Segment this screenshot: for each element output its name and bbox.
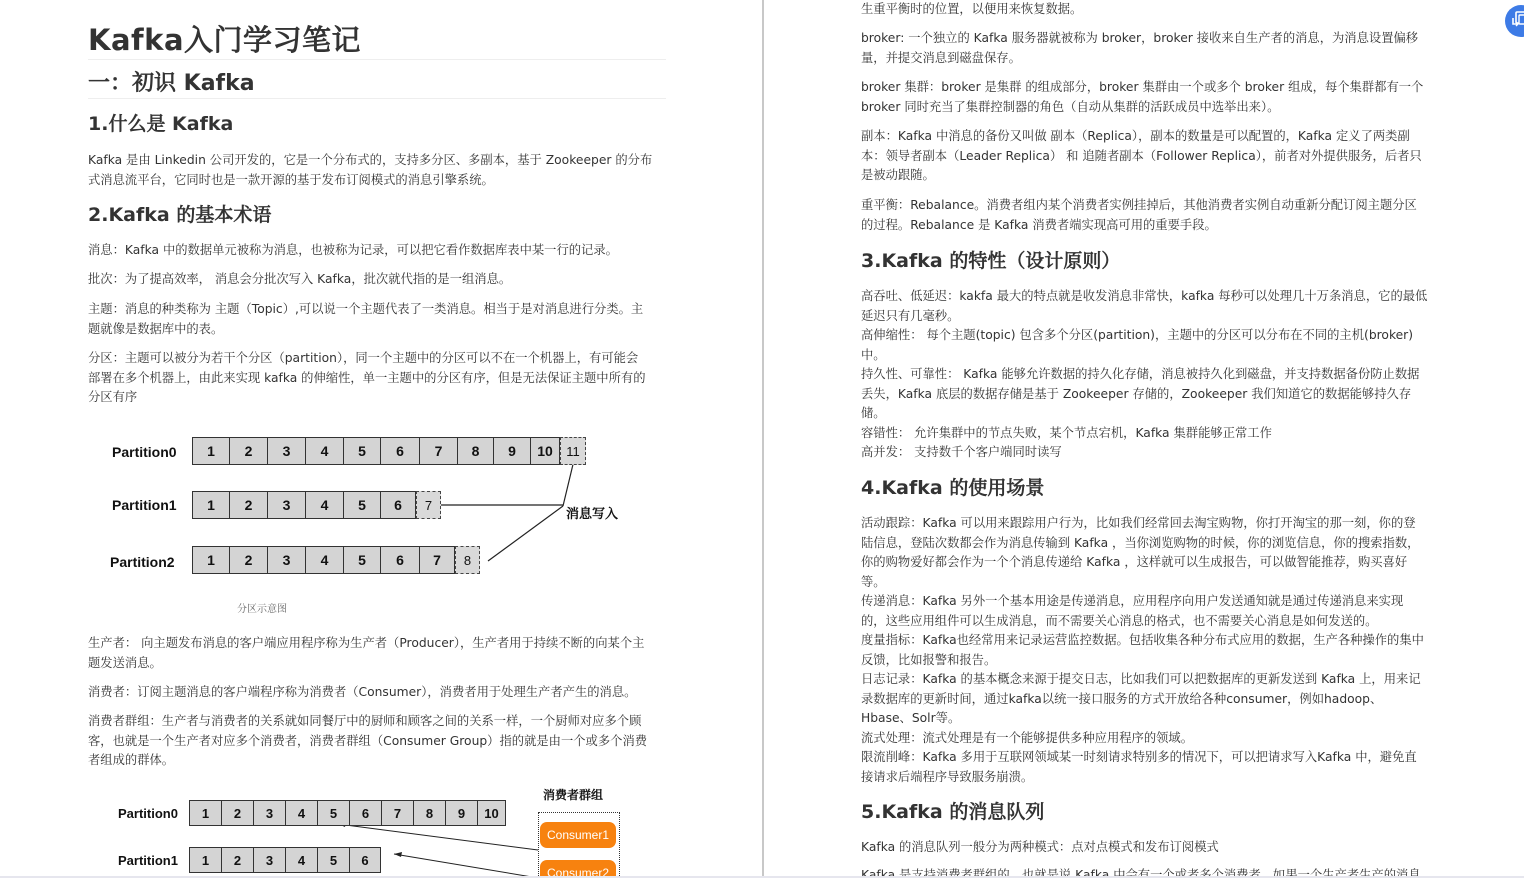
cg-partition0-cells: 1 2 3 4 5 6 7 8 9 10 bbox=[189, 800, 506, 826]
text-line: 流式处理：流式处理是有一个能够提供多种应用程序的领域。 bbox=[861, 729, 1446, 749]
paragraph-term-partition: 分区：主题可以被分为若干个分区（partition），同一个主题中的分区可以不在… bbox=[88, 349, 666, 408]
text-line: 消息：Kafka 中的数据单元被称为消息，也被称为记录，可以把它看作数据库表中某… bbox=[88, 241, 666, 261]
paragraph-usage: 活动跟踪：Kafka 可以用来跟踪用户行为，比如我们经常回去淘宝购物，你打开淘宝… bbox=[861, 514, 1446, 787]
heading-message-queue: 5.Kafka 的消息队列 bbox=[861, 800, 1044, 824]
text-line: 量，并提交消息到磁盘保存。 bbox=[861, 49, 1446, 69]
heading-what-is-kafka: 1.什么是 Kafka bbox=[88, 112, 233, 136]
document-title: Kafka入门学习笔记 bbox=[88, 20, 666, 60]
text-line: broker 集群：broker 是集群 的组成部分，broker 集群由一个或… bbox=[861, 78, 1446, 98]
consumer-group-diagram: 消费者群组 Partition0 1 2 3 4 5 6 7 8 9 10 Pa… bbox=[88, 780, 668, 878]
text-line: Kafka 的消息队列一般分为两种模式：点对点模式和发布订阅模式 bbox=[861, 838, 1446, 858]
document-page-left: Kafka入门学习笔记 一：初识 Kafka 1.什么是 Kafka Kafka… bbox=[0, 0, 762, 878]
partition-cell: 3 bbox=[253, 800, 285, 826]
partition-cell: 4 bbox=[305, 546, 343, 574]
diagram-caption: 分区示意图 bbox=[237, 600, 287, 615]
paragraph-term-message: 消息：Kafka 中的数据单元被称为消息，也被称为记录，可以把它看作数据库表中某… bbox=[88, 241, 666, 261]
partition1-cells: 1 2 3 4 5 6 7 bbox=[192, 491, 441, 519]
partition-cell: 4 bbox=[305, 437, 343, 465]
text-line: 主题：消息的种类称为 主题（Topic）,可以说一个主题代表了一类消息。相当于是… bbox=[88, 300, 666, 320]
partition-cell: 6 bbox=[349, 800, 381, 826]
text-line: Hbase、Solr等。 bbox=[861, 709, 1446, 729]
text-line: 部署在多个机器上，由此来实现 kafka 的伸缩性，单一主题中的分区有序，但是无… bbox=[88, 369, 666, 389]
text-line: 生产者： 向主题发布消息的客户端应用程序称为生产者（Producer），生产者用… bbox=[88, 634, 666, 654]
partition-cell: 6 bbox=[380, 546, 419, 574]
partition-cell: 5 bbox=[343, 437, 380, 465]
partition-cell: 9 bbox=[445, 800, 477, 826]
text-line: broker: 一个独立的 Kafka 服务器就被称为 broker，broke… bbox=[861, 29, 1446, 49]
partition-cell: 2 bbox=[229, 546, 267, 574]
paragraph-queue-modes: Kafka 的消息队列一般分为两种模式：点对点模式和发布订阅模式 bbox=[861, 838, 1446, 858]
text-line: 式消息流平台，它同时也是一款开源的基于发布订阅模式的消息引擎系统。 bbox=[88, 171, 666, 191]
paragraph-term-consumer-group: 消费者群组：生产者与消费者的关系就如同餐厅中的厨师和顾客之间的关系一样，一个厨师… bbox=[88, 712, 666, 771]
partition-cell-pending: 11 bbox=[560, 437, 586, 465]
partition-cell: 1 bbox=[189, 847, 221, 873]
text-line: 者组成的群体。 bbox=[88, 751, 666, 771]
text-line: 题就像是数据库中的表。 bbox=[88, 320, 666, 340]
partition-cell: 7 bbox=[419, 437, 457, 465]
partition-cell: 2 bbox=[229, 437, 267, 465]
text-line: 高伸缩性： 每个主题(topic) 包含多个分区(partition)，主题中的… bbox=[861, 326, 1446, 346]
text-line: 你的购物爱好都会作为一个个消息传递给 Kafka ，这样就可以生成报告，可以做智… bbox=[861, 553, 1446, 573]
paragraph-term-producer: 生产者： 向主题发布消息的客户端应用程序称为生产者（Producer），生产者用… bbox=[88, 634, 666, 673]
partition1-label: Partition1 bbox=[112, 497, 177, 513]
partition-cell: 6 bbox=[380, 491, 416, 519]
partition-cell: 5 bbox=[343, 546, 380, 574]
text-line: 消费者：订阅主题消息的客户端程序称为消费者（Consumer），消费者用于处理生… bbox=[88, 683, 666, 703]
text-line: 重平衡：Rebalance。消费者组内某个消费者实例挂掉后，其他消费者实例自动重… bbox=[861, 196, 1446, 216]
text-line: 高并发： 支持数千个客户端同时读写 bbox=[861, 443, 1446, 463]
text-line: 的，这些应用组件可以生成消息，而不需要关心消息的格式，也不需要关心消息是如何发送… bbox=[861, 612, 1446, 632]
text-line: 副本：Kafka 中消息的备份又叫做 副本（Replica），副本的数量是可以配… bbox=[861, 127, 1446, 147]
heading-features: 3.Kafka 的特性（设计原则） bbox=[861, 249, 1120, 273]
paragraph-features: 高吞吐、低延迟：kakfa 最大的特点就是收发消息非常快，kafka 每秒可以处… bbox=[861, 287, 1446, 463]
partition-cell: 2 bbox=[221, 800, 253, 826]
partition-cell: 3 bbox=[267, 437, 305, 465]
partition-cell: 5 bbox=[343, 491, 380, 519]
partition-cell: 1 bbox=[189, 800, 221, 826]
partition-cell: 10 bbox=[530, 437, 560, 465]
paragraph-continued-fragment: 生重平衡时的位置，以便用来恢复数据。 bbox=[861, 0, 1446, 20]
partition0-cells: 1 2 3 4 5 6 7 8 9 10 11 bbox=[192, 437, 586, 465]
text-line: 延迟只有几毫秒。 bbox=[861, 307, 1446, 327]
partition-cell: 9 bbox=[493, 437, 530, 465]
partition-cell: 1 bbox=[192, 437, 229, 465]
paragraph-term-rebalance: 重平衡：Rebalance。消费者组内某个消费者实例挂掉后，其他消费者实例自动重… bbox=[861, 196, 1446, 235]
message-write-label: 消息写入 bbox=[566, 503, 618, 522]
text-line: 度量指标：Kafka也经常用来记录运营监控数据。包括收集各种分布式应用的数据，生… bbox=[861, 631, 1446, 651]
partition-diagram: Partition0 1 2 3 4 5 6 7 8 9 10 11 Parti… bbox=[88, 420, 668, 620]
text-line: 容错性： 允许集群中的节点失败，某个节点宕机，Kafka 集群能够正常工作 bbox=[861, 424, 1446, 444]
heading-usage: 4.Kafka 的使用场景 bbox=[861, 476, 1044, 500]
text-line: Kafka 是由 Linkedin 公司开发的，它是一个分布式的，支持多分区、多… bbox=[88, 151, 666, 171]
text-line: 传递消息：Kafka 另外一个基本用途是传递消息，应用程序向用户发送通知就是通过… bbox=[861, 592, 1446, 612]
partition-cell: 6 bbox=[380, 437, 419, 465]
partition2-cells: 1 2 3 4 5 6 7 8 bbox=[192, 546, 480, 574]
text-line: 持久性、可靠性： Kafka 能够允许数据的持久化存储，消息被持久化到磁盘，并支… bbox=[861, 365, 1446, 385]
partition-cell: 3 bbox=[267, 546, 305, 574]
text-line: 等。 bbox=[861, 573, 1446, 593]
partition-cell: 4 bbox=[305, 491, 343, 519]
document-page-right: 生重平衡时的位置，以便用来恢复数据。 broker: 一个独立的 Kafka 服… bbox=[765, 0, 1524, 878]
partition-cell: 6 bbox=[349, 847, 381, 873]
text-line: broker 同时充当了集群控制器的角色（自动从集群的活跃成员中选举出来）。 bbox=[861, 98, 1446, 118]
partition-cell: 8 bbox=[457, 437, 493, 465]
partition-cell: 7 bbox=[381, 800, 413, 826]
text-line: 活动跟踪：Kafka 可以用来跟踪用户行为，比如我们经常回去淘宝购物，你打开淘宝… bbox=[861, 514, 1446, 534]
partition-cell: 10 bbox=[477, 800, 506, 826]
text-line: 题发送消息。 bbox=[88, 654, 666, 674]
text-line: 是被动跟随。 bbox=[861, 166, 1446, 186]
partition-cell-pending: 8 bbox=[455, 546, 480, 574]
section-title: 一：初识 Kafka bbox=[88, 70, 666, 99]
text-line: 客，也就是一个生产者对应多个消费者，消费者群组（Consumer Group）指… bbox=[88, 732, 666, 752]
text-line: 的过程。Rebalance 是 Kafka 消费者端实现高可用的重要手段。 bbox=[861, 216, 1446, 236]
text-line: 限流削峰：Kafka 多用于互联网领域某一时刻请求特别多的情况下，可以把请求写入… bbox=[861, 748, 1446, 768]
partition0-label: Partition0 bbox=[112, 444, 177, 460]
cg-partition1-label: Partition1 bbox=[118, 853, 178, 868]
text-line: 中。 bbox=[861, 346, 1446, 366]
partition-cell: 5 bbox=[317, 800, 349, 826]
text-line: 丢失，Kafka 底层的数据存储是基于 Zookeeper 存储的，Zookee… bbox=[861, 385, 1446, 405]
consumer-group-label: 消费者群组 bbox=[543, 786, 603, 803]
text-line: 消费者群组：生产者与消费者的关系就如同餐厅中的厨师和顾客之间的关系一样，一个厨师… bbox=[88, 712, 666, 732]
text-line: 录数据库的更新时间，通过kafka以统一接口服务的方式开放给各种consumer… bbox=[861, 690, 1446, 710]
text-line: 反馈，比如报警和报告。 bbox=[861, 651, 1446, 671]
text-line: 生重平衡时的位置，以便用来恢复数据。 bbox=[861, 0, 1446, 20]
paragraph-what-is-kafka: Kafka 是由 Linkedin 公司开发的，它是一个分布式的，支持多分区、多… bbox=[88, 151, 666, 190]
translate-document-icon bbox=[1510, 9, 1524, 33]
partition-cell: 3 bbox=[267, 491, 305, 519]
text-line: 储。 bbox=[861, 404, 1446, 424]
cg-partition0-label: Partition0 bbox=[118, 806, 178, 821]
partition-cell: 2 bbox=[229, 491, 267, 519]
paragraph-term-batch: 批次：为了提高效率， 消息会分批次写入 Kafka，批次就代指的是一组消息。 bbox=[88, 270, 666, 290]
text-line: 分区：主题可以被分为若干个分区（partition），同一个主题中的分区可以不在… bbox=[88, 349, 666, 369]
text-line: 本：领导者副本（Leader Replica） 和 追随者副本（Follower… bbox=[861, 147, 1446, 167]
paragraph-term-broker: broker: 一个独立的 Kafka 服务器就被称为 broker，broke… bbox=[861, 29, 1446, 68]
partition-cell: 4 bbox=[285, 800, 317, 826]
text-line: 日志记录：Kafka 的基本概念来源于提交日志，比如我们可以把数据库的更新发送到… bbox=[861, 670, 1446, 690]
partition-cell: 4 bbox=[285, 847, 317, 873]
partition2-label: Partition2 bbox=[110, 554, 175, 570]
partition-cell: 1 bbox=[192, 491, 229, 519]
partition-cell: 3 bbox=[253, 847, 285, 873]
heading-basic-terms: 2.Kafka 的基本术语 bbox=[88, 203, 271, 227]
text-line: 陆信息，登陆次数都会作为消息传输到 Kafka ，当你浏览购物的时候，你的浏览信… bbox=[861, 534, 1446, 554]
partition-cell: 5 bbox=[317, 847, 349, 873]
partition-cell: 2 bbox=[221, 847, 253, 873]
partition-cell: 1 bbox=[192, 546, 229, 574]
partition-cell: 8 bbox=[413, 800, 445, 826]
paragraph-term-broker-cluster: broker 集群：broker 是集群 的组成部分，broker 集群由一个或… bbox=[861, 78, 1446, 117]
partition-cell: 7 bbox=[419, 546, 455, 574]
page-divider bbox=[762, 0, 764, 876]
text-line: 批次：为了提高效率， 消息会分批次写入 Kafka，批次就代指的是一组消息。 bbox=[88, 270, 666, 290]
partition-cell-pending: 7 bbox=[416, 491, 441, 519]
paragraph-term-replica: 副本：Kafka 中消息的备份又叫做 副本（Replica），副本的数量是可以配… bbox=[861, 127, 1446, 186]
paragraph-term-topic: 主题：消息的种类称为 主题（Topic）,可以说一个主题代表了一类消息。相当于是… bbox=[88, 300, 666, 339]
text-line: 分区有序 bbox=[88, 388, 666, 408]
paragraph-term-consumer: 消费者：订阅主题消息的客户端程序称为消费者（Consumer），消费者用于处理生… bbox=[88, 683, 666, 703]
consumer1-node: Consumer1 bbox=[540, 822, 616, 848]
text-line: 接请求后端程序导致服务崩溃。 bbox=[861, 768, 1446, 788]
text-line: 高吞吐、低延迟：kakfa 最大的特点就是收发消息非常快，kafka 每秒可以处… bbox=[861, 287, 1446, 307]
cg-partition1-cells: 1 2 3 4 5 6 bbox=[189, 847, 381, 873]
